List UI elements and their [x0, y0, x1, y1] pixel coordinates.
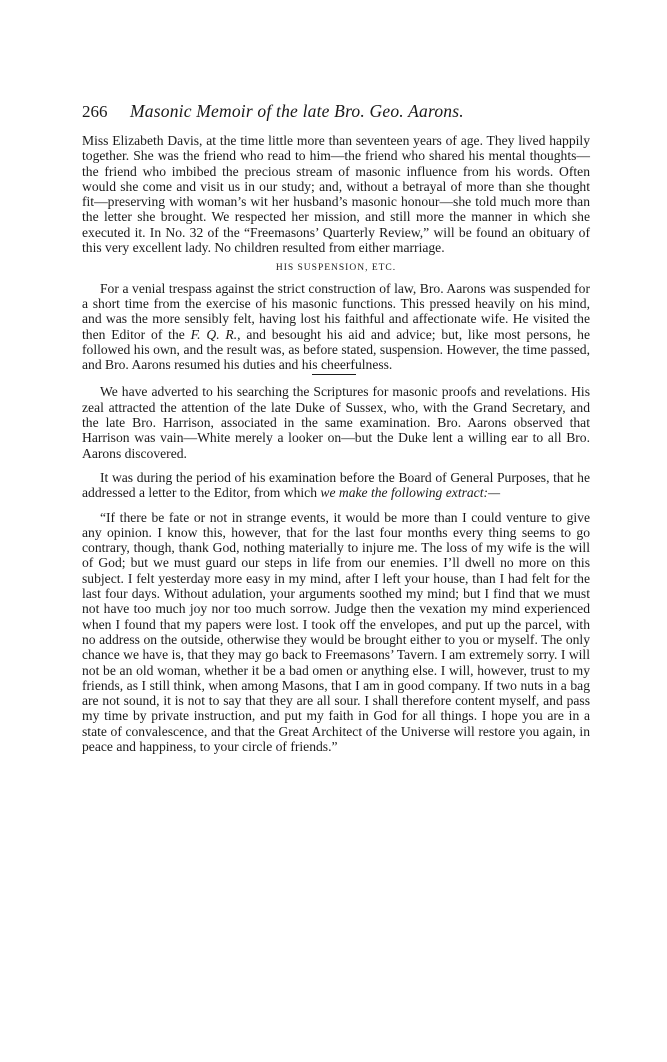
running-head: 266 Masonic Memoir of the late Bro. Geo.…: [82, 104, 590, 130]
document-page: 266 Masonic Memoir of the late Bro. Geo.…: [82, 104, 590, 754]
section-divider: [312, 374, 356, 375]
quoted-letter: “If there be fate or not in strange even…: [82, 510, 590, 755]
paragraph-letter-intro-part2: we make the following extract:—: [320, 485, 500, 500]
section-heading: His Suspension, etc.: [82, 261, 590, 276]
paragraph-letter-intro: It was during the period of his examinat…: [82, 470, 590, 501]
page-number: 266: [82, 104, 130, 119]
paragraph-suspension: For a venial trespass against the strict…: [82, 281, 590, 373]
paragraph-gap: [82, 461, 590, 470]
paragraph-scriptures: We have adverted to his searching the Sc…: [82, 384, 590, 460]
running-title: Masonic Memoir of the late Bro. Geo. Aar…: [130, 104, 464, 119]
paragraph-opening: Miss Elizabeth Davis, at the time little…: [82, 133, 590, 255]
fqr-abbreviation: F. Q. R.: [191, 327, 238, 342]
